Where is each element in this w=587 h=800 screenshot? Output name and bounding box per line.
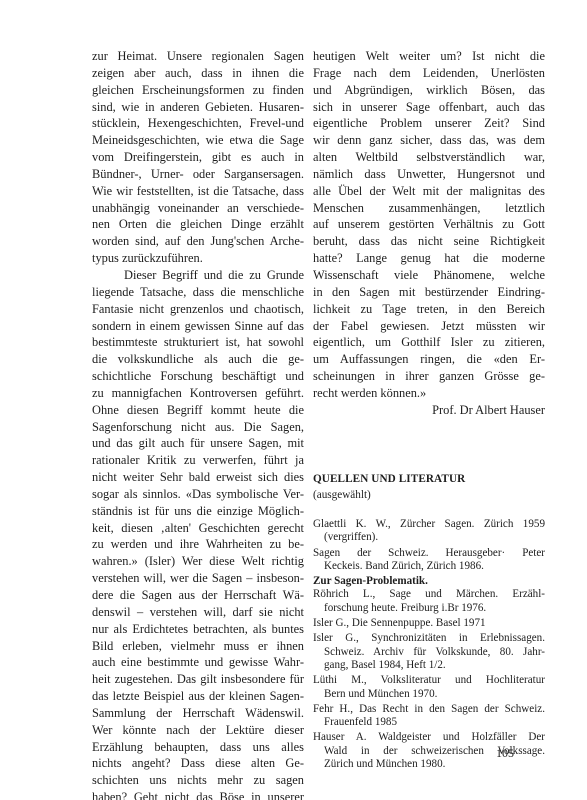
references-heading: QUELLEN UND LITERATUR xyxy=(313,473,465,485)
text-line: typus zurückzuführen. xyxy=(92,250,304,267)
text-line: sind, wie in anderen Gebieten. Husaren- xyxy=(92,99,304,116)
text-line: Meineidsgeschichten, wie etwa die Sage xyxy=(92,132,304,149)
reference-line: Glaettli K. W., Zürcher Sagen. Zürich 19… xyxy=(313,518,545,531)
text-line: Bündner-, Urner- oder Sargansersagen. xyxy=(92,166,304,183)
text-line: rationaler Kritik zu verwerfen, führt ja xyxy=(92,452,304,469)
text-line: wahren.» (Isler) Wer diese Welt richtig xyxy=(92,553,304,570)
text-line: die volkskundliche als auch die ge- xyxy=(92,351,304,368)
reference-entry: Sagen der Schweiz. Herausgeber· Peter Ke… xyxy=(313,547,545,574)
text-line: keit, diesen ‚alten' Geschichten gerecht xyxy=(92,520,304,537)
reference-line: Röhrich L., Sage und Märchen. Erzähl- xyxy=(313,588,545,601)
reference-line: Isler G., Synchronizitäten in Erlebnissa… xyxy=(313,632,545,645)
text-line: schichten uns nichts mehr zu sagen xyxy=(92,772,304,789)
text-line: nen Orten die gleichen Dinge erzählt xyxy=(92,216,304,233)
reference-line: Bern und München 1970. xyxy=(313,688,545,701)
reference-entry: Glaettli K. W., Zürcher Sagen. Zürich 19… xyxy=(313,518,545,545)
reference-line: (vergriffen). xyxy=(313,531,545,544)
text-line: ständnis ist für uns die einzige Möglich… xyxy=(92,503,304,520)
text-line: zur Heimat. Unsere regionalen Sagen xyxy=(92,48,304,65)
text-line: eigentliche Problem unserer Zeit? Sind xyxy=(313,115,545,132)
text-line: recht werden können.» xyxy=(313,385,545,402)
reference-entry: Isler G., Synchronizitäten in Erlebnissa… xyxy=(313,632,545,672)
text-line: scheinungen in ihrer ganzen Grösse ge- xyxy=(313,368,545,385)
text-line: dere die Sagen aus der Herrschaft Wä- xyxy=(92,587,304,604)
reference-entry: Fehr H., Das Recht in den Sagen der Schw… xyxy=(313,703,545,730)
reference-line: Schweiz. Archiv für Volkskunde, 80. Jahr… xyxy=(313,646,545,659)
text-line: stücklein, Hexengeschichten, Frevel-und xyxy=(92,115,304,132)
text-line: wir denn ganz sicher, dass das, was dem xyxy=(313,132,545,149)
text-line: nicht weiter Sehr bald erweist sich dies xyxy=(92,469,304,486)
text-line: Wer könnte nach der Lektüre dieser xyxy=(92,722,304,739)
text-line: sondern in einem gewissen Sinne auf das xyxy=(92,318,304,335)
text-line: heit zugestehen. Das gilt insbesondere f… xyxy=(92,671,304,688)
text-line: Erzählung behaupten, dass uns alles xyxy=(92,739,304,756)
text-line: hatte? Lange genug hat die moderne xyxy=(313,250,545,267)
reference-line: gang, Basel 1984, Heft 1/2. xyxy=(313,659,545,672)
text-line: worden sind, auf den Jung'schen Arche- xyxy=(92,233,304,250)
text-line: bestimmteste strukturiert ist, hat sowoh… xyxy=(92,334,304,351)
reference-line: Lüthi M., Volksliteratur und Hochliterat… xyxy=(313,674,545,687)
reference-line: forschung heute. Freiburg i.Br 1976. xyxy=(313,602,545,615)
text-line: und das gilt auch für unsere Sagen, mit xyxy=(92,435,304,452)
references-list: Glaettli K. W., Zürcher Sagen. Zürich 19… xyxy=(313,518,545,773)
text-line: alle Übel der Welt mit der malignitas de… xyxy=(313,183,545,200)
text-line: Sagenforschung nicht aus. Die Sagen, xyxy=(92,419,304,436)
text-line: heutigen Welt weiter um? Ist nicht die xyxy=(313,48,545,65)
text-line: verstehen will, wer die Sagen – insbeson… xyxy=(92,570,304,587)
reference-entry: Lüthi M., Volksliteratur und Hochliterat… xyxy=(313,674,545,701)
text-line: um Auffassungen ringen, die «den Er- xyxy=(313,351,545,368)
page-number: 105 xyxy=(496,746,514,761)
text-line: nur als Erdichtetes betrachten, als bunt… xyxy=(92,621,304,638)
text-line: zu mannigfachen Kontroversen geführt. xyxy=(92,385,304,402)
text-line: beruht, dass das nicht seine Richtigkeit xyxy=(313,233,545,250)
text-line: vom Dreifingerstein, gibt es auch in xyxy=(92,149,304,166)
reference-line: Hauser A. Waldgeister und Holzfäller Der xyxy=(313,731,545,744)
text-line: zeigen aber auch, dass in ihnen die xyxy=(92,65,304,82)
text-line: Wissenschaft viele Phänomene, welche xyxy=(313,267,545,284)
text-line: haben? Geht nicht das Böse in unserer xyxy=(92,789,304,800)
text-line: unabhängig voneinander an verschiede- xyxy=(92,200,304,217)
text-line: Bild erleben, vielmehr muss er ihnen xyxy=(92,638,304,655)
text-line: der Fabel gewiesen. Jetzt müssten wir xyxy=(313,318,545,335)
author-signature: Prof. Dr Albert Hauser xyxy=(313,402,545,419)
text-line: lichkeit zu Tage treten, in den Bereich xyxy=(313,301,545,318)
text-line: eigentlich, um Gotthilf Isler zu zitiere… xyxy=(313,334,545,351)
text-line: Fantasie nicht grenzenlos und chaotisch, xyxy=(92,301,304,318)
text-line: nichts angeht? Dass diese alten Ge- xyxy=(92,755,304,772)
text-line: schichtliche Forschung beschäftigt und xyxy=(92,368,304,385)
text-line: Dieser Begriff und die zu Grunde xyxy=(92,267,304,284)
text-line: zu werden und ihre Wahrheiten zu be- xyxy=(92,536,304,553)
reference-line: Frauenfeld 1985 xyxy=(313,716,545,729)
reference-line: Isler G., Die Sennenpuppe. Basel 1971 xyxy=(313,617,545,630)
text-line: liegende Tatsache, dass die menschliche xyxy=(92,284,304,301)
text-line: denswil – verstehen will, darf sie nicht xyxy=(92,604,304,621)
reference-section-title: Zur Sagen-Problematik. xyxy=(313,575,545,588)
references-subheading: (ausgewählt) xyxy=(313,489,371,501)
text-line: Wie wir feststellten, ist die Tatsache, … xyxy=(92,183,304,200)
reference-line: Keckeis. Band Zürich, Zürich 1986. xyxy=(313,560,545,573)
text-line: in den Sagen mit bestürzender Eindring- xyxy=(313,284,545,301)
left-column: zur Heimat. Unsere regionalen Sagen zeig… xyxy=(92,48,304,800)
text-line: alten Weltbild selbstverständlich war, xyxy=(313,149,545,166)
text-line: Menschen zusammenhängen, letztlich xyxy=(313,200,545,217)
text-line: das letzte Beispiel aus der kleinen Sage… xyxy=(92,688,304,705)
text-line: Ohne diesen Begriff kommt heute die xyxy=(92,402,304,419)
reference-entry: Isler G., Die Sennenpuppe. Basel 1971 xyxy=(313,617,545,630)
text-line: gleichen Erscheinungsformen zu finden xyxy=(92,82,304,99)
document-page: zur Heimat. Unsere regionalen Sagen zeig… xyxy=(0,0,587,800)
reference-line: Fehr H., Das Recht in den Sagen der Schw… xyxy=(313,703,545,716)
right-column: heutigen Welt weiter um? Ist nicht die F… xyxy=(313,48,545,419)
text-line: nämlich dass Unwetter, Hungersnot und xyxy=(313,166,545,183)
text-line: auch eine bestimmte und gewisse Wahr- xyxy=(92,654,304,671)
text-line: Frage nach dem Leidenden, Unerlösten xyxy=(313,65,545,82)
text-line: sich in unserer Sage offenbart, auch das xyxy=(313,99,545,116)
reference-entry: Röhrich L., Sage und Märchen. Erzähl- fo… xyxy=(313,588,545,615)
text-line: Sammlung der Herrschaft Wädenswil. xyxy=(92,705,304,722)
text-line: und Abgründigen, wirklich Bösen, das xyxy=(313,82,545,99)
reference-line: Sagen der Schweiz. Herausgeber· Peter xyxy=(313,547,545,560)
text-line: auf unserem gestörten Verhältnis zu Gott xyxy=(313,216,545,233)
text-line: sogar als sinnlos. «Das symbolische Ver- xyxy=(92,486,304,503)
